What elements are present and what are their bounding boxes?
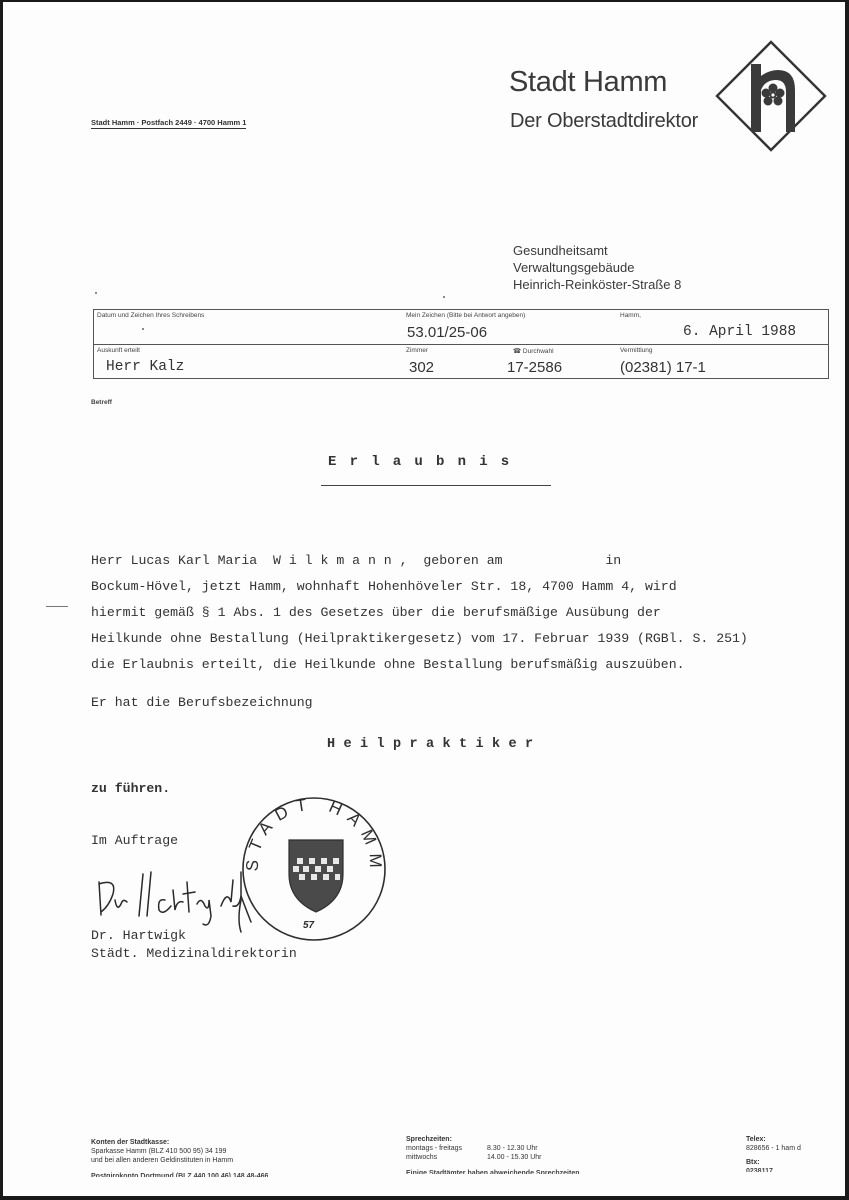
footer-contact: Telex: 828656 - 1 ham d Btx: 0238117 [746, 1135, 801, 1172]
scan-speck [95, 292, 97, 294]
hamm-city-logo-icon [715, 40, 827, 152]
body-line: hiermit gemäß § 1 Abs. 1 des Gesetzes üb… [91, 600, 748, 626]
switchboard-value: (02381) 17-1 [620, 359, 706, 376]
profession-outro: zu führen. [91, 781, 170, 796]
telex-value: 828656 - 1 ham d [746, 1144, 801, 1153]
scan-speck [443, 296, 445, 298]
on-behalf-text: Im Auftrage [91, 833, 178, 848]
extension-value: 17-2586 [507, 359, 562, 376]
body-line: Bockum-Hövel, jetzt Hamm, wohnhaft Hohen… [91, 574, 748, 600]
body-line: Herr Lucas Karl Maria W i l k m a n n , … [91, 548, 748, 574]
your-reference-label: Datum und Zeichen Ihres Schreibens [97, 312, 204, 319]
reference-table: Datum und Zeichen Ihres Schreibens Mein … [93, 309, 829, 379]
return-address: Stadt Hamm · Postfach 2449 · 4700 Hamm 1 [91, 118, 246, 129]
place-label: Hamm, [620, 312, 641, 319]
stamp-number: 57 [303, 920, 315, 931]
accounts-line: Sparkasse Hamm (BLZ 410 500 95) 34 199 [91, 1147, 268, 1156]
telex-label: Telex: [746, 1136, 766, 1143]
extension-label: ☎ Durchwahl [513, 347, 554, 355]
body-line: Heilkunde ohne Bestallung (Heilpraktiker… [91, 626, 748, 652]
title-underline [321, 485, 551, 486]
info-contact-value: Herr Kalz [106, 359, 184, 375]
department-address: Gesundheitsamt Verwaltungsgebäude Heinri… [513, 242, 681, 293]
body-paragraph: Herr Lucas Karl Maria W i l k m a n n , … [91, 548, 748, 678]
scan-speck [142, 328, 144, 330]
info-contact-label: Auskunft erteilt [97, 347, 140, 354]
profession-title: Heilpraktiker [327, 737, 542, 752]
subject-label: Betreff [91, 399, 112, 406]
accounts-heading: Konten der Stadtkasse: [91, 1139, 169, 1146]
hours-time: 14.00 - 15.30 Uhr [487, 1154, 541, 1161]
document-title: Erlaubnis [328, 454, 522, 470]
fold-mark [46, 606, 68, 607]
my-reference-label: Mein Zeichen (Bitte bei Antwort angeben) [406, 312, 525, 319]
department-line: Heinrich-Reinköster-Straße 8 [513, 276, 681, 293]
footer-hours: Sprechzeiten: montags - freitags8.30 - 1… [406, 1135, 580, 1174]
hours-days: montags - freitags [406, 1144, 487, 1153]
signatory-name: Dr. Hartwigk [91, 927, 297, 945]
signatory: Dr. Hartwigk Städt. Medizinaldirektorin [91, 927, 297, 963]
office-name: Der Oberstadtdirektor [510, 110, 698, 133]
department-line: Verwaltungsgebäude [513, 259, 681, 276]
hours-note-cut: Einige Stadtämter haben abweichende Spre… [406, 1169, 580, 1174]
hours-time: 8.30 - 12.30 Uhr [487, 1145, 538, 1152]
hours-days: mittwochs [406, 1153, 487, 1162]
room-value: 302 [409, 359, 434, 376]
my-reference-value: 53.01/25-06 [407, 324, 487, 341]
table-divider [94, 344, 828, 345]
department-line: Gesundheitsamt [513, 242, 681, 259]
body-line: die Erlaubnis erteilt, die Heilkunde ohn… [91, 652, 748, 678]
switchboard-label: Vermittlung [620, 347, 653, 354]
accounts-line: und bei allen anderen Geldinstituten in … [91, 1156, 268, 1165]
btx-label: Btx: [746, 1159, 760, 1166]
footer-accounts: Konten der Stadtkasse: Sparkasse Hamm (B… [91, 1138, 268, 1177]
btx-value-cut: 0238117 [746, 1167, 801, 1172]
profession-intro: Er hat die Berufsbezeichnung [91, 695, 313, 710]
accounts-line-cut: Postgirokonto Dortmund (BLZ 440 100 46) … [91, 1172, 268, 1177]
letter-date: 6. April 1988 [683, 324, 796, 340]
hours-heading: Sprechzeiten: [406, 1136, 452, 1143]
room-label: Zimmer [406, 347, 428, 354]
official-stamp: STADT HAMM 57 [239, 794, 389, 944]
letter-page: Stadt Hamm Der Oberstadtdirektor Stadt H… [3, 2, 845, 1196]
signatory-title: Städt. Medizinaldirektorin [91, 945, 297, 963]
city-name: Stadt Hamm [509, 66, 667, 99]
